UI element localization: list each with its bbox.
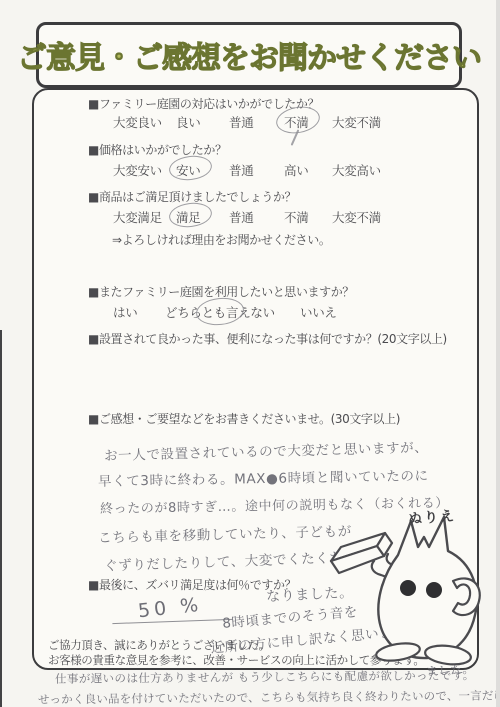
mascot-label: ぬりえ (407, 505, 456, 528)
q3-option-4: 不満 (284, 208, 308, 226)
mascot-left-foot (375, 641, 421, 664)
q2-option-5: 大変高い (332, 161, 381, 179)
q3-option-1: 大変満足 (113, 208, 162, 226)
question-4-options: はい どちらとも言えない いいえ (0, 303, 500, 321)
question-3-options: 大変満足 満足 普通 不満 大変不満 (0, 208, 500, 226)
question-5-label: ■設置されて良かった事、便利になった事は何ですか？(20文字以上) (88, 330, 447, 347)
q4-option-3: いいえ (300, 303, 337, 321)
q1-option-2: 良い (176, 113, 200, 131)
question-6-label: ■ご感想・ご要望などをお書きくださいませ。(30文字以上) (88, 410, 400, 427)
mascot-right-eye (426, 582, 442, 598)
bottom-note-line-2: せっかく良い品を付けていただいたので、こちらも気持ち良く終わりたいので、一言だけ… (38, 687, 500, 707)
mascot-left-eye (400, 580, 416, 596)
q1-option-3: 普通 (229, 113, 253, 131)
question-2-options: 大変安い 安い 普通 高い 大変高い (0, 161, 500, 179)
scanned-survey-sheet: ご意見・ご感想をお聞かせください ■ファミリー庭園の対応はいかがでしたか？ 大変… (0, 0, 500, 707)
q3-option-3: 普通 (229, 208, 253, 226)
q1-option-5: 大変不満 (332, 113, 381, 131)
bottom-note-line-1-end: ました。 (426, 661, 475, 680)
mascot-drawing (315, 503, 500, 671)
scan-edge-artifact-right (496, 0, 500, 707)
question-2-label: ■価格はいかがでしたか？ (88, 141, 227, 158)
question-1-options: 大変良い 良い 普通 不満 大変不満 (0, 113, 500, 131)
q2-option-3: 普通 (229, 161, 253, 179)
q2-option-4: 高い (284, 161, 308, 179)
title-box: ご意見・ご感想をお聞かせください (36, 22, 462, 88)
q4-option-1: はい (113, 303, 137, 321)
q2-option-1: 大変安い (113, 161, 162, 179)
page-title: ご意見・ご感想をお聞かせください (17, 33, 481, 77)
footer-line-1: ご協力頂き、誠にありがとうございました。 (48, 637, 270, 653)
question-3-followup: ⇒よろしければ理由をお聞かせください。 (112, 231, 330, 248)
q1-option-1: 大変良い (113, 113, 162, 131)
answer-underline (112, 598, 233, 624)
q3-option-5: 大変不満 (332, 208, 381, 226)
question-1-label: ■ファミリー庭園の対応はいかがでしたか？ (88, 95, 319, 112)
scan-edge-artifact-left (0, 330, 2, 707)
bottom-note-line-1: 仕事が遅いのは仕方ありませんが もう少しこちらにも配慮が欲しかったです。 (55, 667, 475, 687)
mascot-brick (331, 533, 392, 573)
